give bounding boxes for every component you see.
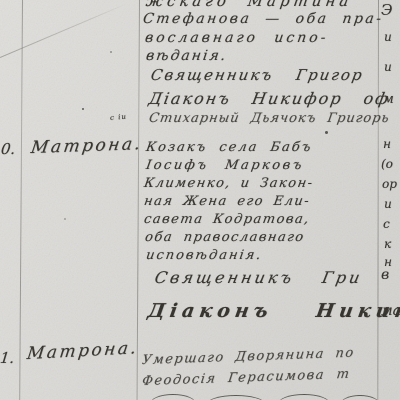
crease-line: [0, 3, 127, 58]
prev-entry-detail-line: жскаго Мартина: [145, 0, 354, 10]
column-rule-left: [19, 0, 23, 400]
prev-entry-detail-line: вѣданія.: [145, 48, 228, 64]
next-column-fragment: и: [384, 30, 392, 44]
next-column-fragment: Э: [381, 1, 392, 19]
prev-entry-detail-line: вославнаго испо-: [144, 30, 330, 46]
entry-detail-line: Умершаго Дворянина по: [141, 346, 355, 368]
ink-speck: [325, 131, 328, 134]
entry-detail-line: Феодосія Герасимова т: [141, 367, 351, 389]
entry-clergy-signature: Діаконъ Никита: [146, 300, 400, 322]
next-column-fragment: ор: [382, 177, 397, 191]
next-column-fragment: и: [384, 197, 392, 211]
prev-entry-detail-line: Стефанова — оба пра-: [142, 11, 385, 27]
entry-detail-line: оба православнаго: [144, 230, 306, 245]
column-rule-right: [377, 0, 379, 400]
next-column-fragment: с: [383, 217, 390, 231]
next-column-fragment: ма: [381, 303, 400, 319]
margin-note: с іи: [110, 113, 128, 122]
register-page-scan: жскаго Мартина Стефанова — оба пра- восл…: [0, 0, 400, 400]
entry-name: Матрона.: [30, 134, 144, 158]
ink-speck: [82, 108, 84, 110]
entry-detail-line: Клименко, и Закон-: [143, 176, 315, 191]
next-column-fragment: в: [381, 267, 389, 283]
prev-entry-clergy-signature: Діаконъ Никифор оф: [147, 89, 391, 108]
next-column-fragment: и: [384, 60, 392, 74]
entry-detail-line: Козакъ села Бабъ: [145, 140, 314, 155]
ink-speck: [110, 51, 112, 53]
next-column-fragment: м: [383, 92, 394, 107]
next-column-fragment: н: [383, 137, 391, 151]
entry-clergy-signature: Священникъ Гри: [153, 268, 364, 287]
ink-speck: [64, 218, 66, 220]
entry-number: 0.: [0, 140, 16, 158]
entry-detail-line: исповѣданія.: [145, 248, 264, 263]
entry-number: 1.: [0, 349, 15, 367]
entry-detail-line: савета Кодратова,: [143, 212, 311, 227]
next-column-fragment: (о: [381, 157, 393, 171]
entry-detail-line: Іосифъ Марковъ: [145, 158, 305, 173]
prev-entry-clergy-signature: Священникъ Григор: [149, 66, 365, 84]
prev-entry-clergy-signature: Стихарный Дьячокъ Григорь: [148, 111, 391, 126]
entry-detail-line: ная Жена его Ели-: [143, 194, 311, 209]
entry-name: Матрона.: [26, 338, 140, 364]
next-column-fragment: к: [384, 237, 391, 251]
